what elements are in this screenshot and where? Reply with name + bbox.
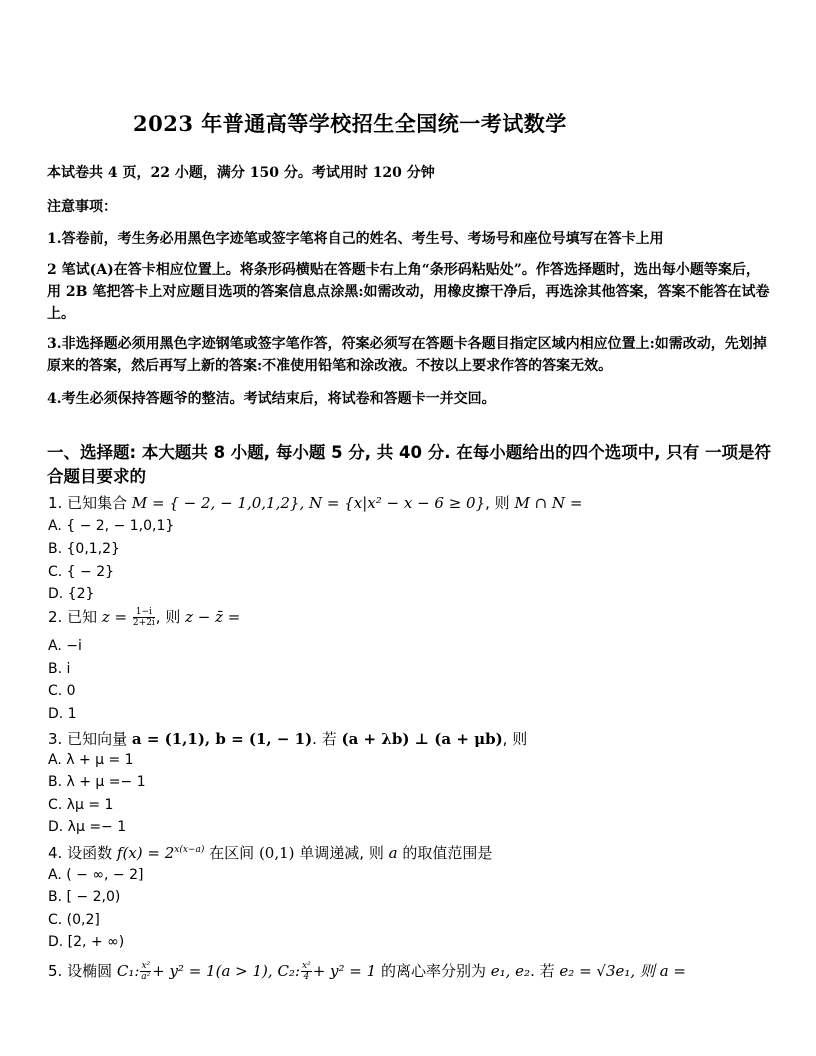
option-d: D. [2, + ∞)	[48, 934, 124, 950]
question-stem: . 若	[530, 962, 555, 980]
math-expression: M ∩ N =	[514, 494, 582, 512]
math-expression: (a + λb) ⊥ (a + μb)	[342, 730, 503, 748]
question-stem: 单调递减, 则	[299, 844, 384, 862]
exam-intro: 本试卷共 4 页，22 小题，满分 150 分。考试用时 120 分钟	[47, 162, 435, 182]
question-stem: , 则	[485, 494, 510, 512]
option-c: C. λμ = 1	[48, 797, 113, 813]
question-stem: 设函数	[67, 844, 112, 862]
question-number: 2.	[48, 608, 62, 626]
exam-title: 2023 年普通高等学校招生全国统一考试数学	[133, 108, 567, 138]
question-number: 1.	[48, 494, 62, 512]
question-stem: 设椭圆	[67, 962, 112, 980]
math-expression: + y² = 1(a > 1),	[152, 962, 273, 980]
option-a: A. ( − ∞, − 2]	[48, 867, 143, 883]
fraction-numerator: x²	[140, 961, 151, 972]
fraction-numerator: x²	[301, 961, 312, 972]
question-number: 5.	[48, 962, 62, 980]
fraction-denominator: 2+2i	[133, 618, 155, 628]
option-d: D. 1	[48, 706, 77, 722]
option-a: A. { − 2, − 1,0,1}	[48, 518, 174, 534]
math-expression: C₂:	[277, 962, 300, 980]
option-b: B. λ + μ =− 1	[48, 774, 146, 790]
fraction: 1−i 2+2i	[133, 607, 155, 628]
option-b: B. {0,1,2}	[48, 541, 120, 557]
option-c: C. (0,2]	[48, 912, 100, 928]
question-stem: 在区间	[209, 844, 254, 862]
option-a: A. λ + μ = 1	[48, 752, 134, 768]
math-expression: e₁, e₂	[491, 962, 530, 980]
option-b: B. i	[48, 661, 70, 677]
option-c: C. { − 2}	[48, 564, 114, 580]
option-d: D. λμ =− 1	[48, 819, 126, 835]
question-number: 3.	[48, 730, 62, 748]
math-expression: z =	[102, 608, 127, 626]
math-expression: a = (1,1), b = (1, − 1)	[132, 730, 312, 748]
question-stem: 已知集合	[67, 494, 127, 512]
question-1: 1. 已知集合 M = { − 2, − 1,0,1,2}, N = {x|x²…	[48, 492, 582, 513]
question-stem: 已知	[67, 608, 97, 626]
fraction-denominator: 4	[301, 972, 312, 982]
question-stem: , 则	[503, 730, 528, 748]
option-b: B. [ − 2,0)	[48, 889, 120, 905]
fraction: x²4	[301, 961, 312, 982]
fraction-numerator: 1−i	[133, 607, 155, 618]
note-3: 3.非选择题必须用黑色字迹钢笔或签字笔作答，符案必须写在答题卡各题目指定区域内相…	[47, 333, 772, 377]
note-4: 4.考生必须保持答题爷的整洁。考试结束后，将试卷和答题卡一并交回。	[47, 388, 772, 410]
math-variable: a	[389, 844, 398, 862]
math-expression: (0,1)	[259, 844, 295, 862]
math-exponent: x(x−a)	[174, 845, 204, 855]
option-d: D. {2}	[48, 586, 94, 602]
question-number: 4.	[48, 844, 62, 862]
section-heading: 一、选择题: 本大题共 8 小题, 每小题 5 分, 共 40 分. 在每小题给…	[47, 441, 777, 489]
note-1: 1.答卷前，考生务必用黑色字迹笔或签字笔将自己的姓名、考生号、考场号和座位号填写…	[47, 228, 772, 250]
question-3: 3. 已知向量 a = (1,1), b = (1, − 1). 若 (a + …	[48, 728, 527, 749]
option-a: A. −i	[48, 638, 82, 654]
question-stem: , 则 a =	[630, 962, 686, 980]
question-stem: 已知向量	[67, 730, 127, 748]
math-expression: f(x) = 2	[117, 844, 174, 862]
math-expression: + y² = 1	[313, 962, 376, 980]
question-stem: . 若	[312, 730, 337, 748]
fraction: x²a²	[140, 961, 151, 982]
fraction-denominator: a²	[140, 972, 151, 982]
question-stem: 的取值范围是	[402, 844, 492, 862]
question-2: 2. 已知 z = 1−i 2+2i , 则 z − z̄ =	[48, 606, 240, 628]
question-5: 5. 设椭圆 C₁:x²a²+ y² = 1(a > 1), C₂:x²4+ y…	[48, 960, 686, 982]
math-expression: z − z̄ =	[185, 608, 240, 626]
question-4: 4. 设函数 f(x) = 2x(x−a) 在区间 (0,1) 单调递减, 则 …	[48, 842, 492, 863]
question-stem: , 则	[156, 608, 181, 626]
math-expression: C₁:	[117, 962, 140, 980]
question-stem: 的离心率分别为	[381, 962, 486, 980]
math-expression: M = { − 2, − 1,0,1,2}, N = {x|x² − x − 6…	[132, 494, 485, 512]
note-2: 2 笔试(A)在答卡相应位置上。将条形码横贴在答题卡右上角“条形码粘贴处”。作答…	[47, 259, 772, 325]
math-expression: e₂ = √3e₁	[559, 962, 630, 980]
notes-heading: 注意事项：	[47, 196, 117, 216]
option-c: C. 0	[48, 683, 76, 699]
